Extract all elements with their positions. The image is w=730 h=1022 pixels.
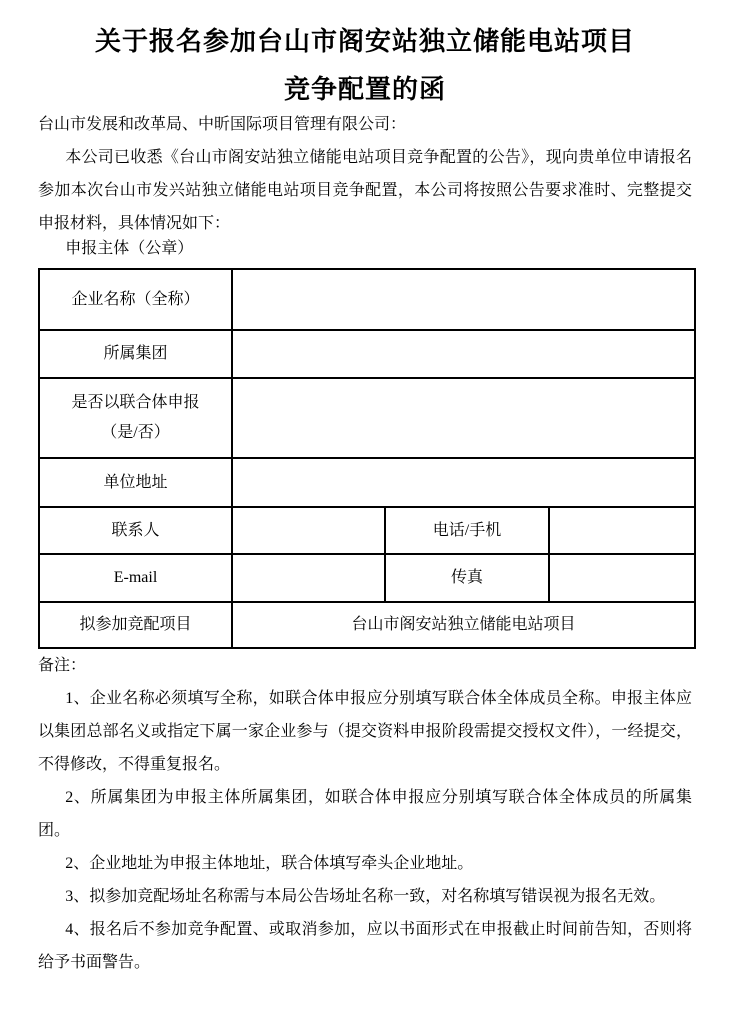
table-row: 拟参加竞配项目 台山市阁安站独立储能电站项目 <box>39 602 695 648</box>
note-item-1: 1、企业名称必须填写全称，如联合体申报应分别填写联合体全体成员全称。申报主体应以… <box>38 682 692 781</box>
salutation: 台山市发展和改革局、中昕国际项目管理有限公司： <box>38 108 692 141</box>
table-row: 是否以联合体申报 （是/否） <box>39 378 695 458</box>
consortium-label: 是否以联合体申报 （是/否） <box>39 378 232 458</box>
document-body: 台山市发展和改革局、中昕国际项目管理有限公司： 本公司已收悉《台山市阁安站独立储… <box>38 108 692 265</box>
email-field[interactable] <box>232 554 385 602</box>
note-item-3: 2、企业地址为申报主体地址，联合体填写牵头企业地址。 <box>38 847 692 880</box>
contact-field[interactable] <box>232 507 385 554</box>
consortium-label-line1: 是否以联合体申报 <box>44 388 227 418</box>
fax-label: 传真 <box>385 554 549 602</box>
document-title-line1: 关于报名参加台山市阁安站独立储能电站项目 <box>38 18 692 66</box>
project-label: 拟参加竞配项目 <box>39 602 232 648</box>
consortium-label-line2: （是/否） <box>44 418 227 448</box>
document-page: 关于报名参加台山市阁安站独立储能电站项目 竞争配置的函 台山市发展和改革局、中昕… <box>0 0 730 1022</box>
table-row: 联系人 电话/手机 <box>39 507 695 554</box>
group-field[interactable] <box>232 330 695 378</box>
note-item-4: 3、拟参加竞配场址名称需与本局公告场址名称一致，对名称填写错误视为报名无效。 <box>38 880 692 913</box>
table-row: 企业名称（全称） <box>39 269 695 330</box>
notes-section: 备注： 1、企业名称必须填写全称，如联合体申报应分别填写联合体全体成员全称。申报… <box>38 649 692 979</box>
contact-label: 联系人 <box>39 507 232 554</box>
table-row: E-mail 传真 <box>39 554 695 602</box>
intro-paragraph: 本公司已收悉《台山市阁安站独立储能电站项目竞争配置的公告》，现向贵单位申请报名参… <box>38 141 692 240</box>
document-title: 关于报名参加台山市阁安站独立储能电站项目 竞争配置的函 <box>38 18 692 114</box>
project-name-value[interactable]: 台山市阁安站独立储能电站项目 <box>232 602 695 648</box>
phone-label: 电话/手机 <box>385 507 549 554</box>
table-row: 单位地址 <box>39 458 695 507</box>
notes-heading: 备注： <box>38 649 692 682</box>
document-content: 关于报名参加台山市阁安站独立储能电站项目 竞争配置的函 台山市发展和改革局、中昕… <box>38 18 692 979</box>
note-item-2: 2、所属集团为申报主体所属集团，如联合体申报应分别填写联合体全体成员的所属集团。 <box>38 781 692 847</box>
email-label: E-mail <box>39 554 232 602</box>
note-item-5: 4、报名后不参加竞争配置、或取消参加，应以书面形式在申报截止时间前告知，否则将给… <box>38 913 692 979</box>
consortium-field[interactable] <box>232 378 695 458</box>
phone-field[interactable] <box>549 507 695 554</box>
document-title-line2: 竞争配置的函 <box>38 66 692 114</box>
table-row: 所属集团 <box>39 330 695 378</box>
address-field[interactable] <box>232 458 695 507</box>
company-name-label: 企业名称（全称） <box>39 269 232 330</box>
group-label: 所属集团 <box>39 330 232 378</box>
company-name-field[interactable] <box>232 269 695 330</box>
application-form-table: 企业名称（全称） 所属集团 是否以联合体申报 （是/否） 单位地址 联系人 <box>38 268 696 649</box>
subject-line: 申报主体（公章） <box>38 232 692 265</box>
address-label: 单位地址 <box>39 458 232 507</box>
fax-field[interactable] <box>549 554 695 602</box>
